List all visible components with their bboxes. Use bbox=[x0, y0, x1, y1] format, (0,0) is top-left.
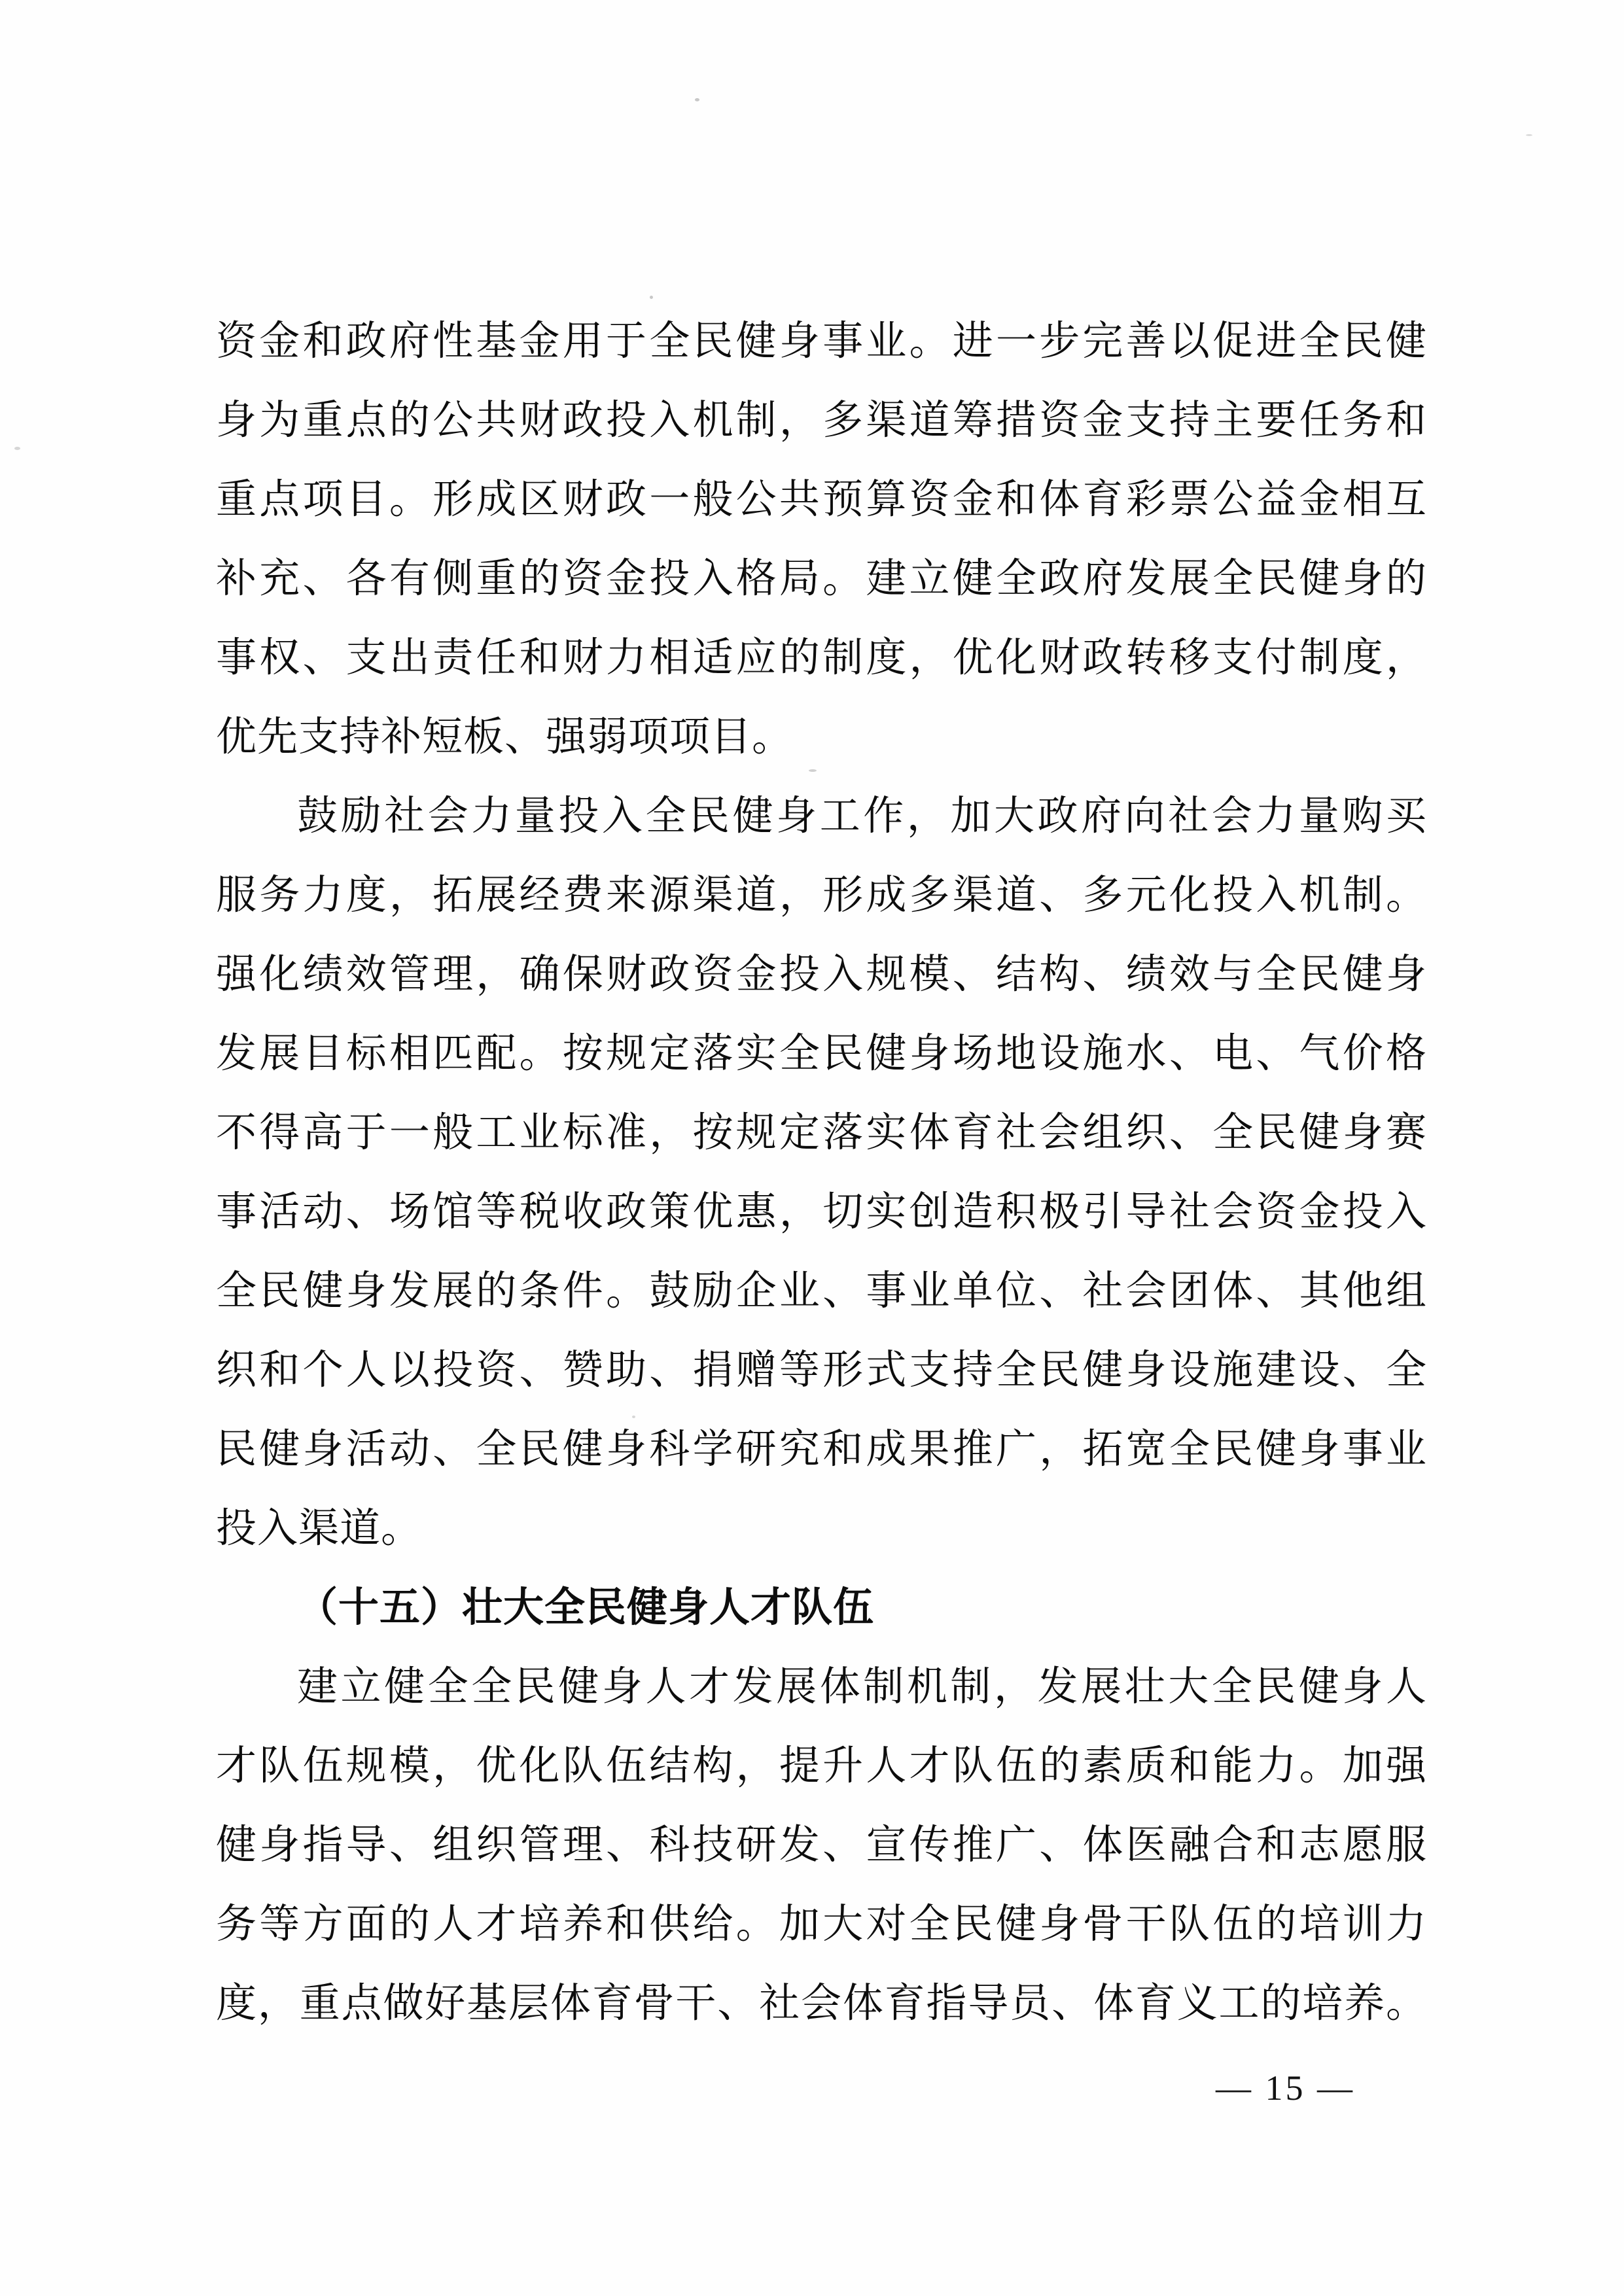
scan-speck bbox=[632, 1416, 635, 1418]
scanned-document-page: 资金和政府性基金用于全民健身事业。进一步完善以促进全民健 身为重点的公共财政投入… bbox=[0, 0, 1624, 2296]
text-line: 度，重点做好基层体育骨干、社会体育指导员、体育义工的培养。 bbox=[216, 1964, 1426, 2044]
scan-speck bbox=[1526, 134, 1532, 136]
text-line: 事权、支出责任和财力相适应的制度，优化财政转移支付制度， bbox=[216, 619, 1426, 698]
scan-speck bbox=[650, 296, 653, 299]
text-block: 资金和政府性基金用于全民健身事业。进一步完善以促进全民健 身为重点的公共财政投入… bbox=[216, 302, 1426, 2044]
scan-speck bbox=[721, 327, 724, 330]
text-line: 强化绩效管理，确保财政资金投入规模、结构、绩效与全民健身 bbox=[216, 935, 1426, 1015]
text-line: 服务力度，拓展经费来源渠道，形成多渠道、多元化投入机制。 bbox=[216, 856, 1426, 935]
text-line: 务等方面的人才培养和供给。加大对全民健身骨干队伍的培训力 bbox=[216, 1885, 1426, 1964]
text-line: 才队伍规模，优化队伍结构，提升人才队伍的素质和能力。加强 bbox=[216, 1727, 1426, 1806]
text-line: 优先支持补短板、强弱项项目。 bbox=[216, 698, 1426, 777]
text-line: 全民健身发展的条件。鼓励企业、事业单位、社会团体、其他组 bbox=[216, 1252, 1426, 1331]
text-line: 补充、各有侧重的资金投入格局。建立健全政府发展全民健身的 bbox=[216, 540, 1426, 619]
text-line: 投入渠道。 bbox=[216, 1489, 1426, 1569]
text-line: 织和个人以投资、赞助、捐赠等形式支持全民健身设施建设、全 bbox=[216, 1331, 1426, 1410]
page-number: — 15 — bbox=[1216, 2068, 1355, 2108]
scan-speck bbox=[809, 769, 817, 772]
text-line: 资金和政府性基金用于全民健身事业。进一步完善以促进全民健 bbox=[216, 302, 1426, 381]
section-heading: （十五）壮大全民健身人才队伍 bbox=[216, 1569, 1426, 1648]
text-line: 事活动、场馆等税收政策优惠，切实创造积极引导社会资金投入 bbox=[216, 1173, 1426, 1252]
text-line: 发展目标相匹配。按规定落实全民健身场地设施水、电、气价格 bbox=[216, 1015, 1426, 1094]
text-line: 健身指导、组织管理、科技研发、宣传推广、体医融合和志愿服 bbox=[216, 1806, 1426, 1885]
text-line: 民健身活动、全民健身科学研究和成果推广，拓宽全民健身事业 bbox=[216, 1410, 1426, 1489]
text-line: 重点项目。形成区财政一般公共预算资金和体育彩票公益金相互 bbox=[216, 461, 1426, 540]
text-line: 不得高于一般工业标准，按规定落实体育社会组织、全民健身赛 bbox=[216, 1094, 1426, 1173]
text-line: 鼓励社会力量投入全民健身工作，加大政府向社会力量购买 bbox=[216, 777, 1426, 856]
text-line: 身为重点的公共财政投入机制，多渠道筹措资金支持主要任务和 bbox=[216, 381, 1426, 461]
scan-speck bbox=[14, 447, 20, 450]
scan-speck bbox=[695, 98, 699, 101]
text-line: 建立健全全民健身人才发展体制机制，发展壮大全民健身人 bbox=[216, 1648, 1426, 1727]
